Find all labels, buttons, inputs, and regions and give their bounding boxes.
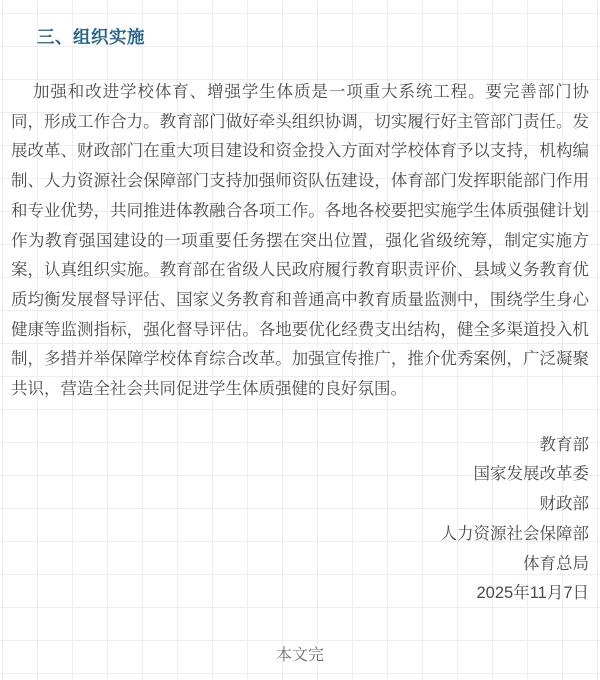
article-paragraph: 加强和改进学校体育、增强学生体质是一项重大系统工程。要完善部门协同，形成工作合力… [11, 78, 589, 405]
signature-date: 2025年11月7日 [11, 579, 589, 609]
signature-line: 人力资源社会保障部 [11, 520, 589, 550]
signature-block: 教育部 国家发展改革委 财政部 人力资源社会保障部 体育总局 2025年11月7… [11, 431, 589, 609]
signature-line: 体育总局 [11, 550, 589, 580]
signature-line: 财政部 [11, 490, 589, 520]
signature-line: 国家发展改革委 [11, 460, 589, 490]
article-page: 三、组织实施 加强和改进学校体育、增强学生体质是一项重大系统工程。要完善部门协同… [0, 0, 600, 680]
section-heading: 三、组织实施 [37, 0, 589, 49]
end-of-article-label: 本文完 [11, 641, 589, 671]
signature-line: 教育部 [11, 431, 589, 461]
